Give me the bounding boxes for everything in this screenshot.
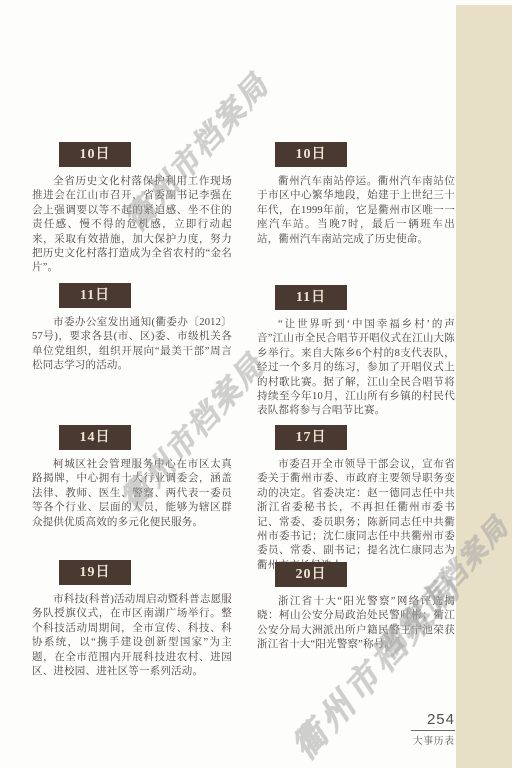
entry-text: 柯城区社会管理服务中心在市区太真路揭牌，中心拥有十大行业调委会，涵盖法律、教师、… [32,458,232,530]
page-number: 254 [427,711,455,728]
page-edge-band [456,5,512,768]
entry-text: “让世界听到‘中国幸福乡村’的声音”江山市全民合唱节开唱仪式在江山大陈乡举行。来… [257,318,455,419]
entry-right-10: 10日 衢州汽车南站停运。衢州汽车南站位于市区中心繁华地段，始建于上世纪三十年代… [257,142,455,247]
entry-text: 衢州汽车南站停运。衢州汽车南站位于市区中心繁华地段，始建于上世纪三十年代，在19… [257,175,455,247]
date-header: 17日 [275,425,347,450]
page-footer: 254 大事历表 [335,711,455,747]
entry-left-11: 11日 市委办公室发出通知(衢委办〔2012〕57号)，要求各县(市、区)委、市… [32,283,232,374]
page-number-rule: 254 [411,711,455,731]
date-header: 19日 [59,560,131,585]
entry-text: 浙江省十大“阳光警察”网络评选揭晓：柯山公安分局政治处民警叶彬；衢江公安分局大洲… [257,595,455,653]
entry-left-10: 10日 全省历史文化村落保护利用工作现场推进会在江山市召开，省委副书记李强在会上… [32,142,232,276]
entry-text: 市委召开全市领导干部会议，宣布省委关于衢州市委、市政府主要领导职务变动的决定。省… [257,458,455,573]
entry-left-14: 14日 柯城区社会管理服务中心在市区太真路揭牌，中心拥有十大行业调委会，涵盖法律… [32,425,232,530]
date-header: 11日 [59,283,131,308]
entry-text: 市科技(科普)活动周启动暨科普志愿服务队授旗仪式，在市区南湖广场举行。整个科技活… [32,593,232,679]
date-header: 10日 [59,142,131,167]
entry-text: 市委办公室发出通知(衢委办〔2012〕57号)，要求各县(市、区)委、市级机关各… [32,316,232,374]
entry-right-11: 11日 “让世界听到‘中国幸福乡村’的声音”江山市全民合唱节开唱仪式在江山大陈乡… [257,285,455,419]
date-header: 10日 [275,142,347,167]
chronicle-page: 10日 全省历史文化村落保护利用工作现场推进会在江山市召开，省委副书记李强在会上… [0,0,512,768]
entry-right-20: 20日 浙江省十大“阳光警察”网络评选揭晓：柯山公安分局政治处民警叶彬；衢江公安… [257,562,455,653]
entry-right-17: 17日 市委召开全市领导干部会议，宣布省委关于衢州市委、市政府主要领导职务变动的… [257,425,455,573]
entry-text: 全省历史文化村落保护利用工作现场推进会在江山市召开，省委副书记李强在会上强调要以… [32,175,232,276]
entry-left-19: 19日 市科技(科普)活动周启动暨科普志愿服务队授旗仪式，在市区南湖广场举行。整… [32,560,232,679]
date-header: 11日 [275,285,347,310]
section-label: 大事历表 [335,733,455,747]
date-header: 14日 [59,425,131,450]
date-header: 20日 [275,562,347,587]
